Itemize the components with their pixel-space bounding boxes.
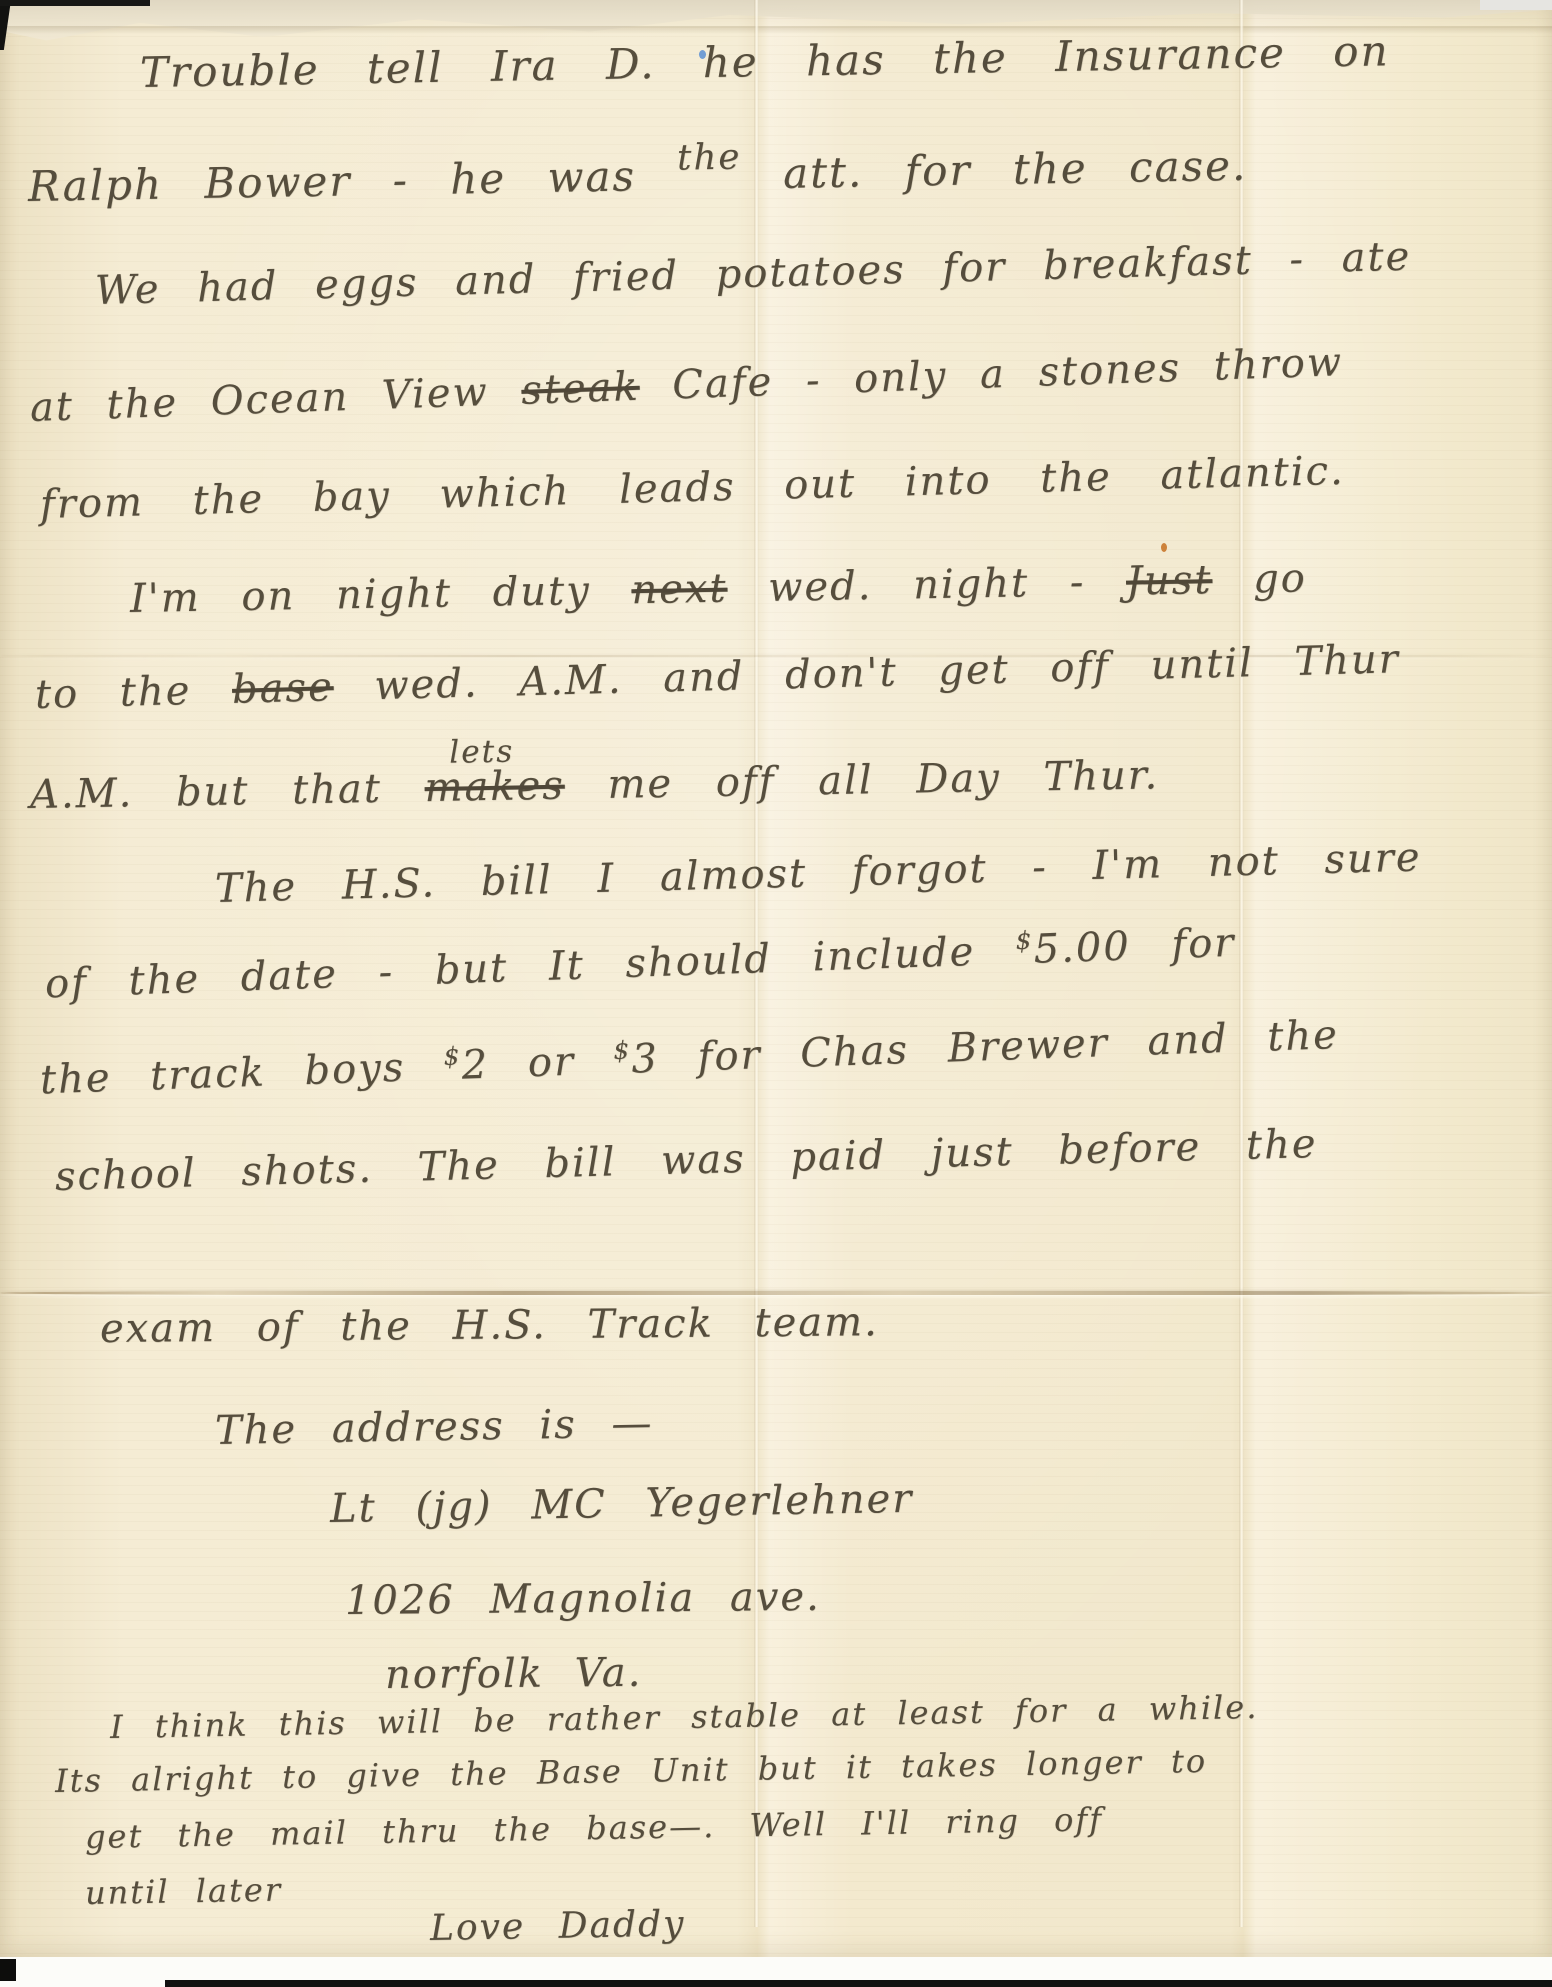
- text-segment: to the: [34, 667, 232, 718]
- scan-corner-bottom-left: [0, 1959, 16, 1981]
- text-segment: norfolk Va.: [385, 1650, 643, 1698]
- text-segment: get the mail thru the base—. Well I'll r…: [85, 1800, 1104, 1856]
- fold-crease-vertical-right: [1239, 0, 1244, 1927]
- letter-paper: Trouble tell Ira D. he has the Insurance…: [0, 0, 1552, 1957]
- dollar-superscript: $: [613, 1035, 632, 1065]
- text-segment: I'm on night duty: [130, 567, 632, 622]
- text-segment: The address is —: [215, 1400, 654, 1454]
- inserted-correction-word: lets: [449, 734, 515, 771]
- text-segment: 2 or: [461, 1037, 615, 1088]
- struck-word: next: [631, 566, 728, 614]
- text-segment: wed. night -: [727, 559, 1126, 612]
- letter-line-18: I think this will be rather stable at le…: [110, 1688, 1259, 1746]
- scan-corner-top-right: [1480, 0, 1552, 10]
- letter-line-21: until later: [85, 1871, 283, 1912]
- text-segment: school shots. The bill was paid just bef…: [54, 1121, 1318, 1200]
- letter-line-1: Trouble tell Ira D. he has the Insurance…: [140, 26, 1390, 97]
- text-segment: me off all Day Thur.: [564, 752, 1159, 808]
- letter-line-19: Its alright to give the Base Unit but it…: [55, 1742, 1208, 1800]
- struck-word: steak: [521, 364, 641, 414]
- dollar-superscript: $: [1015, 925, 1034, 955]
- text-segment: 3 for Chas Brewer and the: [631, 1012, 1340, 1083]
- text-segment: 5.00 for: [1033, 920, 1236, 973]
- struck-word: base: [231, 664, 334, 713]
- text-segment: I think this will be rather stable at le…: [110, 1688, 1259, 1746]
- letter-line-7: to the base wed. A.M. and don't get off …: [34, 636, 1400, 718]
- letter-line-2: Ralph Bower - he was the att. for the ca…: [28, 141, 1248, 211]
- text-segment: the track boys: [39, 1043, 445, 1103]
- letter-line-13: exam of the H.S. Track team.: [100, 1299, 879, 1352]
- text-segment: att. for the case.: [741, 141, 1247, 199]
- scan-top-edge-strip: [0, 0, 150, 6]
- text-segment: exam of the H.S. Track team.: [100, 1299, 879, 1352]
- letter-line-12: school shots. The bill was paid just bef…: [54, 1121, 1318, 1200]
- text-segment: Trouble tell Ira D. he has the Insurance…: [140, 26, 1390, 97]
- text-segment: Ralph Bower - he was: [28, 151, 678, 211]
- text-segment: 1026 Magnolia ave.: [345, 1574, 821, 1624]
- letter-line-16: 1026 Magnolia ave.: [345, 1574, 821, 1624]
- scan-bottom-edge-line: [165, 1980, 1552, 1987]
- text-segment: go: [1212, 555, 1307, 603]
- letter-line-20: get the mail thru the base—. Well I'll r…: [85, 1800, 1104, 1856]
- letter-line-10: of the date - but It should include $5.0…: [44, 918, 1236, 1007]
- text-segment: Lt (jg) MC Yegerlehner: [330, 1476, 914, 1532]
- letter-line-14: The address is —: [215, 1400, 654, 1454]
- text-segment: Love Daddy: [430, 1904, 686, 1949]
- letter-line-4: at the Ocean View steak Cafe - only a st…: [29, 339, 1344, 431]
- raised-word: the: [677, 137, 742, 179]
- text-segment: until later: [85, 1871, 283, 1912]
- fold-crease-horizontal-main: [0, 1291, 1552, 1295]
- orange-paper-speck: [1161, 543, 1167, 552]
- text-segment: of the date - but It should include: [44, 927, 1016, 1007]
- letter-line-15: Lt (jg) MC Yegerlehner: [330, 1476, 914, 1532]
- letter-line-8: A.M. but that makeslets me off all Day T…: [30, 752, 1160, 818]
- letter-line-6: I'm on night duty next wed. night - Just…: [130, 555, 1308, 622]
- struck-word: Just: [1126, 557, 1213, 605]
- dollar-superscript: $: [443, 1041, 462, 1071]
- struck-word: makeslets: [424, 763, 565, 811]
- letter-line-11: the track boys $2 or $3 for Chas Brewer …: [39, 1011, 1339, 1104]
- letter-line-22: Love Daddy: [430, 1904, 686, 1949]
- letter-line-5: from the bay which leads out into the at…: [39, 448, 1345, 528]
- text-segment: Its alright to give the Base Unit but it…: [55, 1742, 1208, 1800]
- text-segment: at the Ocean View: [29, 368, 522, 431]
- letter-line-17: norfolk Va.: [385, 1650, 643, 1698]
- text-segment: from the bay which leads out into the at…: [39, 448, 1345, 528]
- text-segment: A.M. but that: [30, 765, 425, 818]
